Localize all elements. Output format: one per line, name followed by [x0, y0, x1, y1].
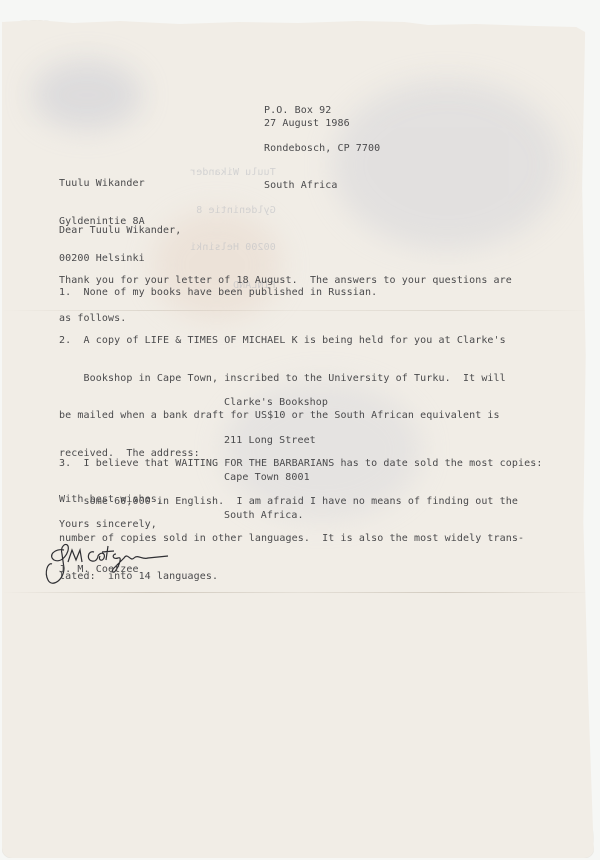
answer-1: 1. None of my books have been published … [59, 287, 377, 300]
paragraph-line: Thank you for your letter of 18 August. … [59, 275, 512, 288]
recipient-address-line: Tuulu Wikander [59, 178, 145, 191]
paragraph-line: 3. I believe that WAITING FOR THE BARBAR… [59, 458, 543, 471]
sender-address-line: Rondebosch, CP 7700 [264, 143, 380, 156]
show-through-line: Tuulu Wikander [190, 167, 276, 180]
sender-address: P.O. Box 92 Rondebosch, CP 7700 South Af… [264, 80, 380, 205]
letter-date: 27 August 1986 [264, 118, 350, 131]
sender-address-line: P.O. Box 92 [264, 105, 380, 118]
bookshop-address-line: Clarke's Bookshop [224, 397, 328, 410]
closing-yours-sincerely: Yours sincerely, [59, 519, 157, 532]
closing-best-wishes: With best wishes, [59, 494, 163, 507]
paragraph-line: 2. A copy of LIFE & TIMES OF MICHAEL K i… [59, 335, 506, 348]
sender-address-line: South Africa [264, 180, 380, 193]
background-bird-illustration-left [32, 60, 142, 130]
show-through-line: Gyldenintie 8 [190, 205, 276, 218]
salutation: Dear Tuulu Wikander, [59, 225, 181, 238]
signature-typed-name: J. M. Coetzee [59, 564, 139, 577]
